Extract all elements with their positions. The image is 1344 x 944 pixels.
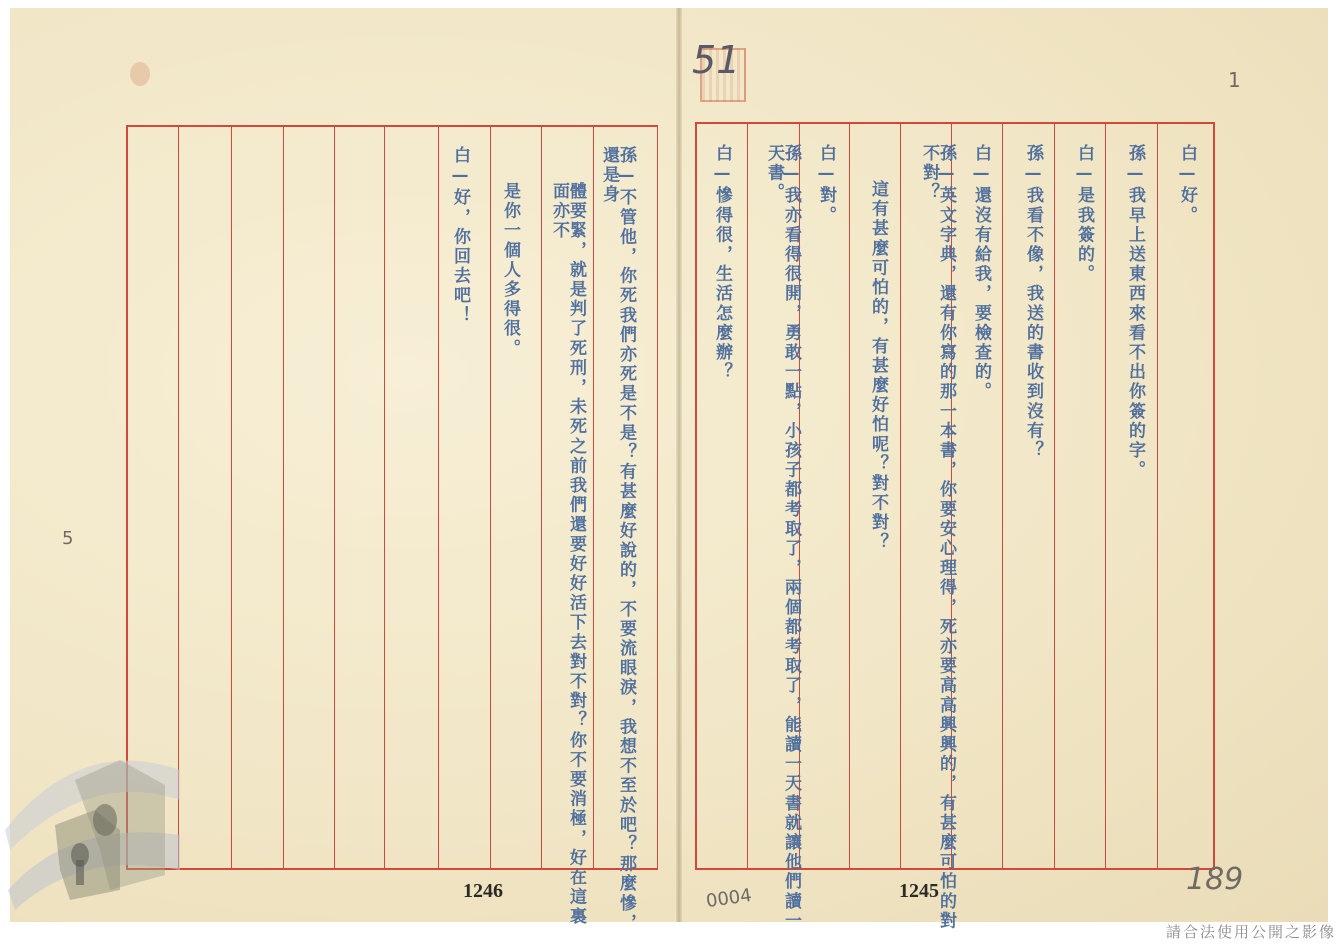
handwritten-top-right-mark: 1 — [1228, 68, 1241, 92]
text-column: 白—對。 — [817, 144, 834, 225]
column-rule — [283, 127, 284, 868]
text-column: 孫—不管他，你死我們亦死是不是？有甚麼好說的，不要流眼淚，我想不至於吧？那麼慘，… — [600, 146, 634, 944]
column-rule — [900, 124, 901, 868]
column-rule — [1002, 124, 1003, 868]
usage-notice: 請合法使用公開之影像 — [1166, 921, 1336, 942]
column-rule — [178, 127, 179, 868]
text-column: 白—好，你回去吧！ — [451, 146, 468, 325]
text-column: 白—慘得很，生活怎麼辦？ — [713, 144, 730, 382]
text-column: 白—好。 — [1178, 144, 1195, 225]
column-rule — [334, 127, 335, 868]
text-column: 白—是我簽的。 — [1075, 144, 1092, 284]
handwritten-folio-number: 51 — [692, 38, 740, 82]
text-column: 體要緊，就是判了死刑，未死之前我們還要好好活下去對不對？你不要消極，好在這裏面亦… — [550, 182, 584, 944]
page-number-left: 1246 — [463, 880, 503, 903]
faded-seal-mark — [130, 62, 150, 86]
column-rule — [541, 127, 542, 868]
column-rule — [1054, 124, 1055, 868]
column-rule — [1157, 124, 1158, 868]
column-rule — [384, 127, 385, 868]
handwritten-left-margin-mark: 5 — [62, 528, 73, 549]
text-column: 孫—我看不像，我送的書收到沒有？ — [1024, 144, 1041, 461]
text-column: 孫—英文字典，還有你寫的那一本書，你要安心理得，死亦要高高興興的，有甚麼可怕的對… — [920, 144, 954, 944]
text-column: 白—還沒有給我，要檢查的。 — [972, 144, 989, 402]
column-rule — [490, 127, 491, 868]
text-column: 孫—我早上送東西來看不出你簽的字。 — [1126, 144, 1143, 480]
text-column: 這有甚麼可怕的，有甚麼好怕呢？對不對？ — [869, 180, 886, 552]
page-number-right: 1245 — [899, 880, 939, 903]
handwritten-page-number: 189 — [1186, 862, 1243, 897]
text-column: 是你一個人多得很。 — [501, 182, 518, 358]
text-column: 孫—我亦看得很開，勇敢一點，小孩子都考取了，兩個都考取了，能讀一天書就讓他們讀一… — [765, 144, 799, 944]
column-rule — [438, 127, 439, 868]
page-fold-crease — [676, 8, 682, 922]
column-rule — [747, 124, 748, 868]
column-rule — [1105, 124, 1106, 868]
column-rule — [593, 127, 594, 868]
column-rule — [231, 127, 232, 868]
column-rule — [849, 124, 850, 868]
